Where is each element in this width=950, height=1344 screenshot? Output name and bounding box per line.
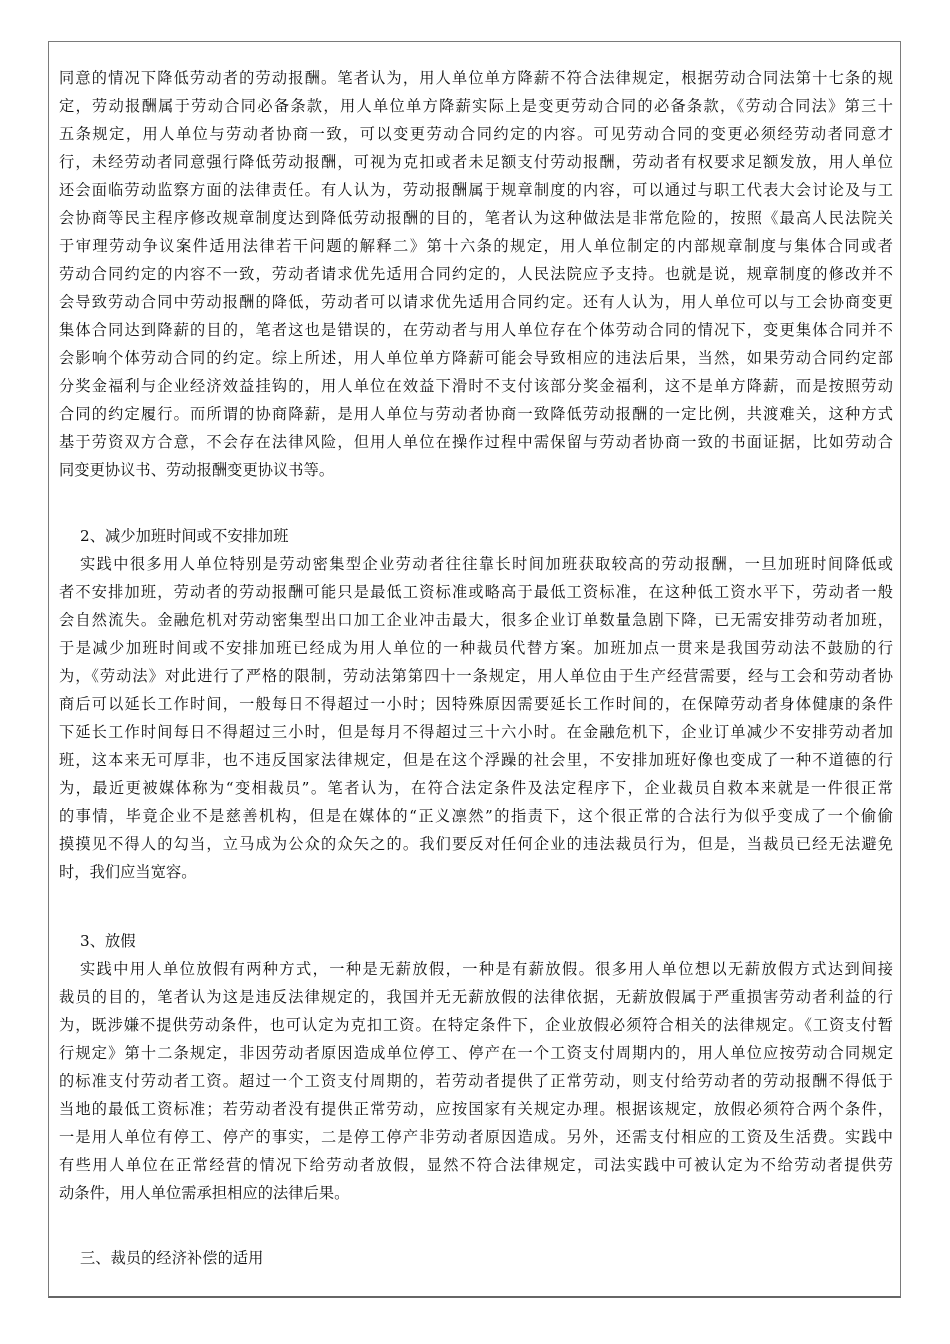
section-heading-3: 3、放假 — [80, 927, 893, 955]
text-line: 裁员的目的，笔者认为这是违反法律规定的，我国并无无薪放假的法律依据，无薪放假属于… — [59, 983, 893, 1011]
text-line: 一是用人单位有停工、停产的事实，二是停工停产非劳动者原因造成。另外，还需支付相应… — [59, 1123, 893, 1151]
text-line: 分奖金福利与企业经济效益挂钩的，用人单位在效益下滑时不支付该部分奖金福利，这不是… — [59, 372, 893, 400]
text-line: 实践中很多用人单位特别是劳动密集型企业劳动者往往靠长时间加班获取较高的劳动报酬，… — [80, 550, 893, 578]
text-line: 者不安排加班，劳动者的劳动报酬可能只是最低工资标准或略高于最低工资标准，在这种低… — [59, 578, 893, 606]
text-line: 班，这本来无可厚非，也不违反国家法律规定，但是在这个浮躁的社会里，不安排加班好像… — [59, 746, 893, 774]
text-line: 会自然流失。金融危机对劳动密集型出口加工企业冲击最大，很多企业订单数量急剧下降，… — [59, 606, 893, 634]
text-line: 动条件，用人单位需承担相应的法律后果。 — [59, 1179, 893, 1207]
text-line: 会协商等民主程序修改规章制度达到降低劳动报酬的目的，笔者认为这种做法是非常危险的… — [59, 204, 893, 232]
text-line: 会影响个体劳动合同的约定。综上所述，用人单位单方降薪可能会导致相应的违法后果，当… — [59, 344, 893, 372]
text-line: 有些用人单位在正常经营的情况下给劳动者放假，显然不符合法律规定，司法实践中可被认… — [59, 1151, 893, 1179]
text-line: 为，《劳动法》对此进行了严格的限制，劳动法第第四十一条规定，用人单位由于生产经营… — [59, 662, 893, 690]
text-line: 当地的最低工资标准；若劳动者没有提供正常劳动，应按国家有关规定办理。根据该规定，… — [59, 1095, 893, 1123]
text-line: 基于劳资双方合意，不会存在法律风险，但用人单位在操作过程中需保留与劳动者协商一致… — [59, 428, 893, 456]
text-line: 实践中用人单位放假有两种方式，一种是无薪放假，一种是有薪放假。很多用人单位想以无… — [80, 955, 893, 983]
text-line: 同意的情况下降低劳动者的劳动报酬。笔者认为，用人单位单方降薪不符合法律规定，根据… — [59, 64, 893, 92]
text-line: 行规定》第十二条规定，非因劳动者原因造成单位停工、停产在一个工资支付周期内的，用… — [59, 1039, 893, 1067]
text-line: 商后可以延长工作时间，一般每日不得超过一小时；因特殊原因需要延长工作时间的，在保… — [59, 690, 893, 718]
text-line: 同变更协议书、劳动报酬变更协议书等。 — [59, 456, 893, 484]
text-line: 集体合同达到降薪的目的，笔者这也是错误的，在劳动者与用人单位存在个体劳动合同的情… — [59, 316, 893, 344]
text-line: 下延长工作时间每日不得超过三小时，但是每月不得超过三十六小时。在金融危机下，企业… — [59, 718, 893, 746]
text-line: 五条规定，用人单位与劳动者协商一致，可以变更劳动合同约定的内容。可见劳动合同的变… — [59, 120, 893, 148]
text-line: 的事情，毕竟企业不是慈善机构，但是在媒体的“正义凛然”的指责下，这个很正常的合法… — [59, 802, 893, 830]
section-heading-three: 三、裁员的经济补偿的适用 — [80, 1244, 893, 1272]
section-heading-2: 2、减少加班时间或不安排加班 — [80, 522, 893, 550]
text-line: 时，我们应当宽容。 — [59, 858, 893, 886]
text-line: 劳动合同约定的内容不一致，劳动者请求优先适用合同约定的，人民法院应予支持。也就是… — [59, 260, 893, 288]
text-line: 为，最近更被媒体称为“变相裁员”。笔者认为，在符合法定条件及法定程序下，企业裁员… — [59, 774, 893, 802]
text-line: 于是减少加班时间或不安排加班已经成为用人单位的一种裁员代替方案。加班加点一贯来是… — [59, 634, 893, 662]
text-line: 行，未经劳动者同意强行降低劳动报酬，可视为克扣或者未足额支付劳动报酬，劳动者有权… — [59, 148, 893, 176]
text-line: 会导致劳动合同中劳动报酬的降低，劳动者可以请求优先适用合同约定。还有人认为，用人… — [59, 288, 893, 316]
text-line: 还会面临劳动监察方面的法律责任。有人认为，劳动报酬属于规章制度的内容，可以通过与… — [59, 176, 893, 204]
text-line: 合同的约定履行。而所谓的协商降薪，是用人单位与劳动者协商一致降低劳动报酬的一定比… — [59, 400, 893, 428]
text-line: 于审理劳动争议案件适用法律若干问题的解释二》第十六条的规定，用人单位制定的内部规… — [59, 232, 893, 260]
text-line: 摸摸见不得人的勾当，立马成为公众的众矢之的。我们要反对任何企业的违法裁员行为，但… — [59, 830, 893, 858]
text-line: 为，既涉嫌不提供劳动条件，也可认定为克扣工资。在特定条件下，企业放假必须符合相关… — [59, 1011, 893, 1039]
text-line: 的标准支付劳动者工资。超过一个工资支付周期的，若劳动者提供了正常劳动，则支付给劳… — [59, 1067, 893, 1095]
text-line: 定，劳动报酬属于劳动合同必备条款，用人单位单方降薪实际上是变更劳动合同的必备条款… — [59, 92, 893, 120]
